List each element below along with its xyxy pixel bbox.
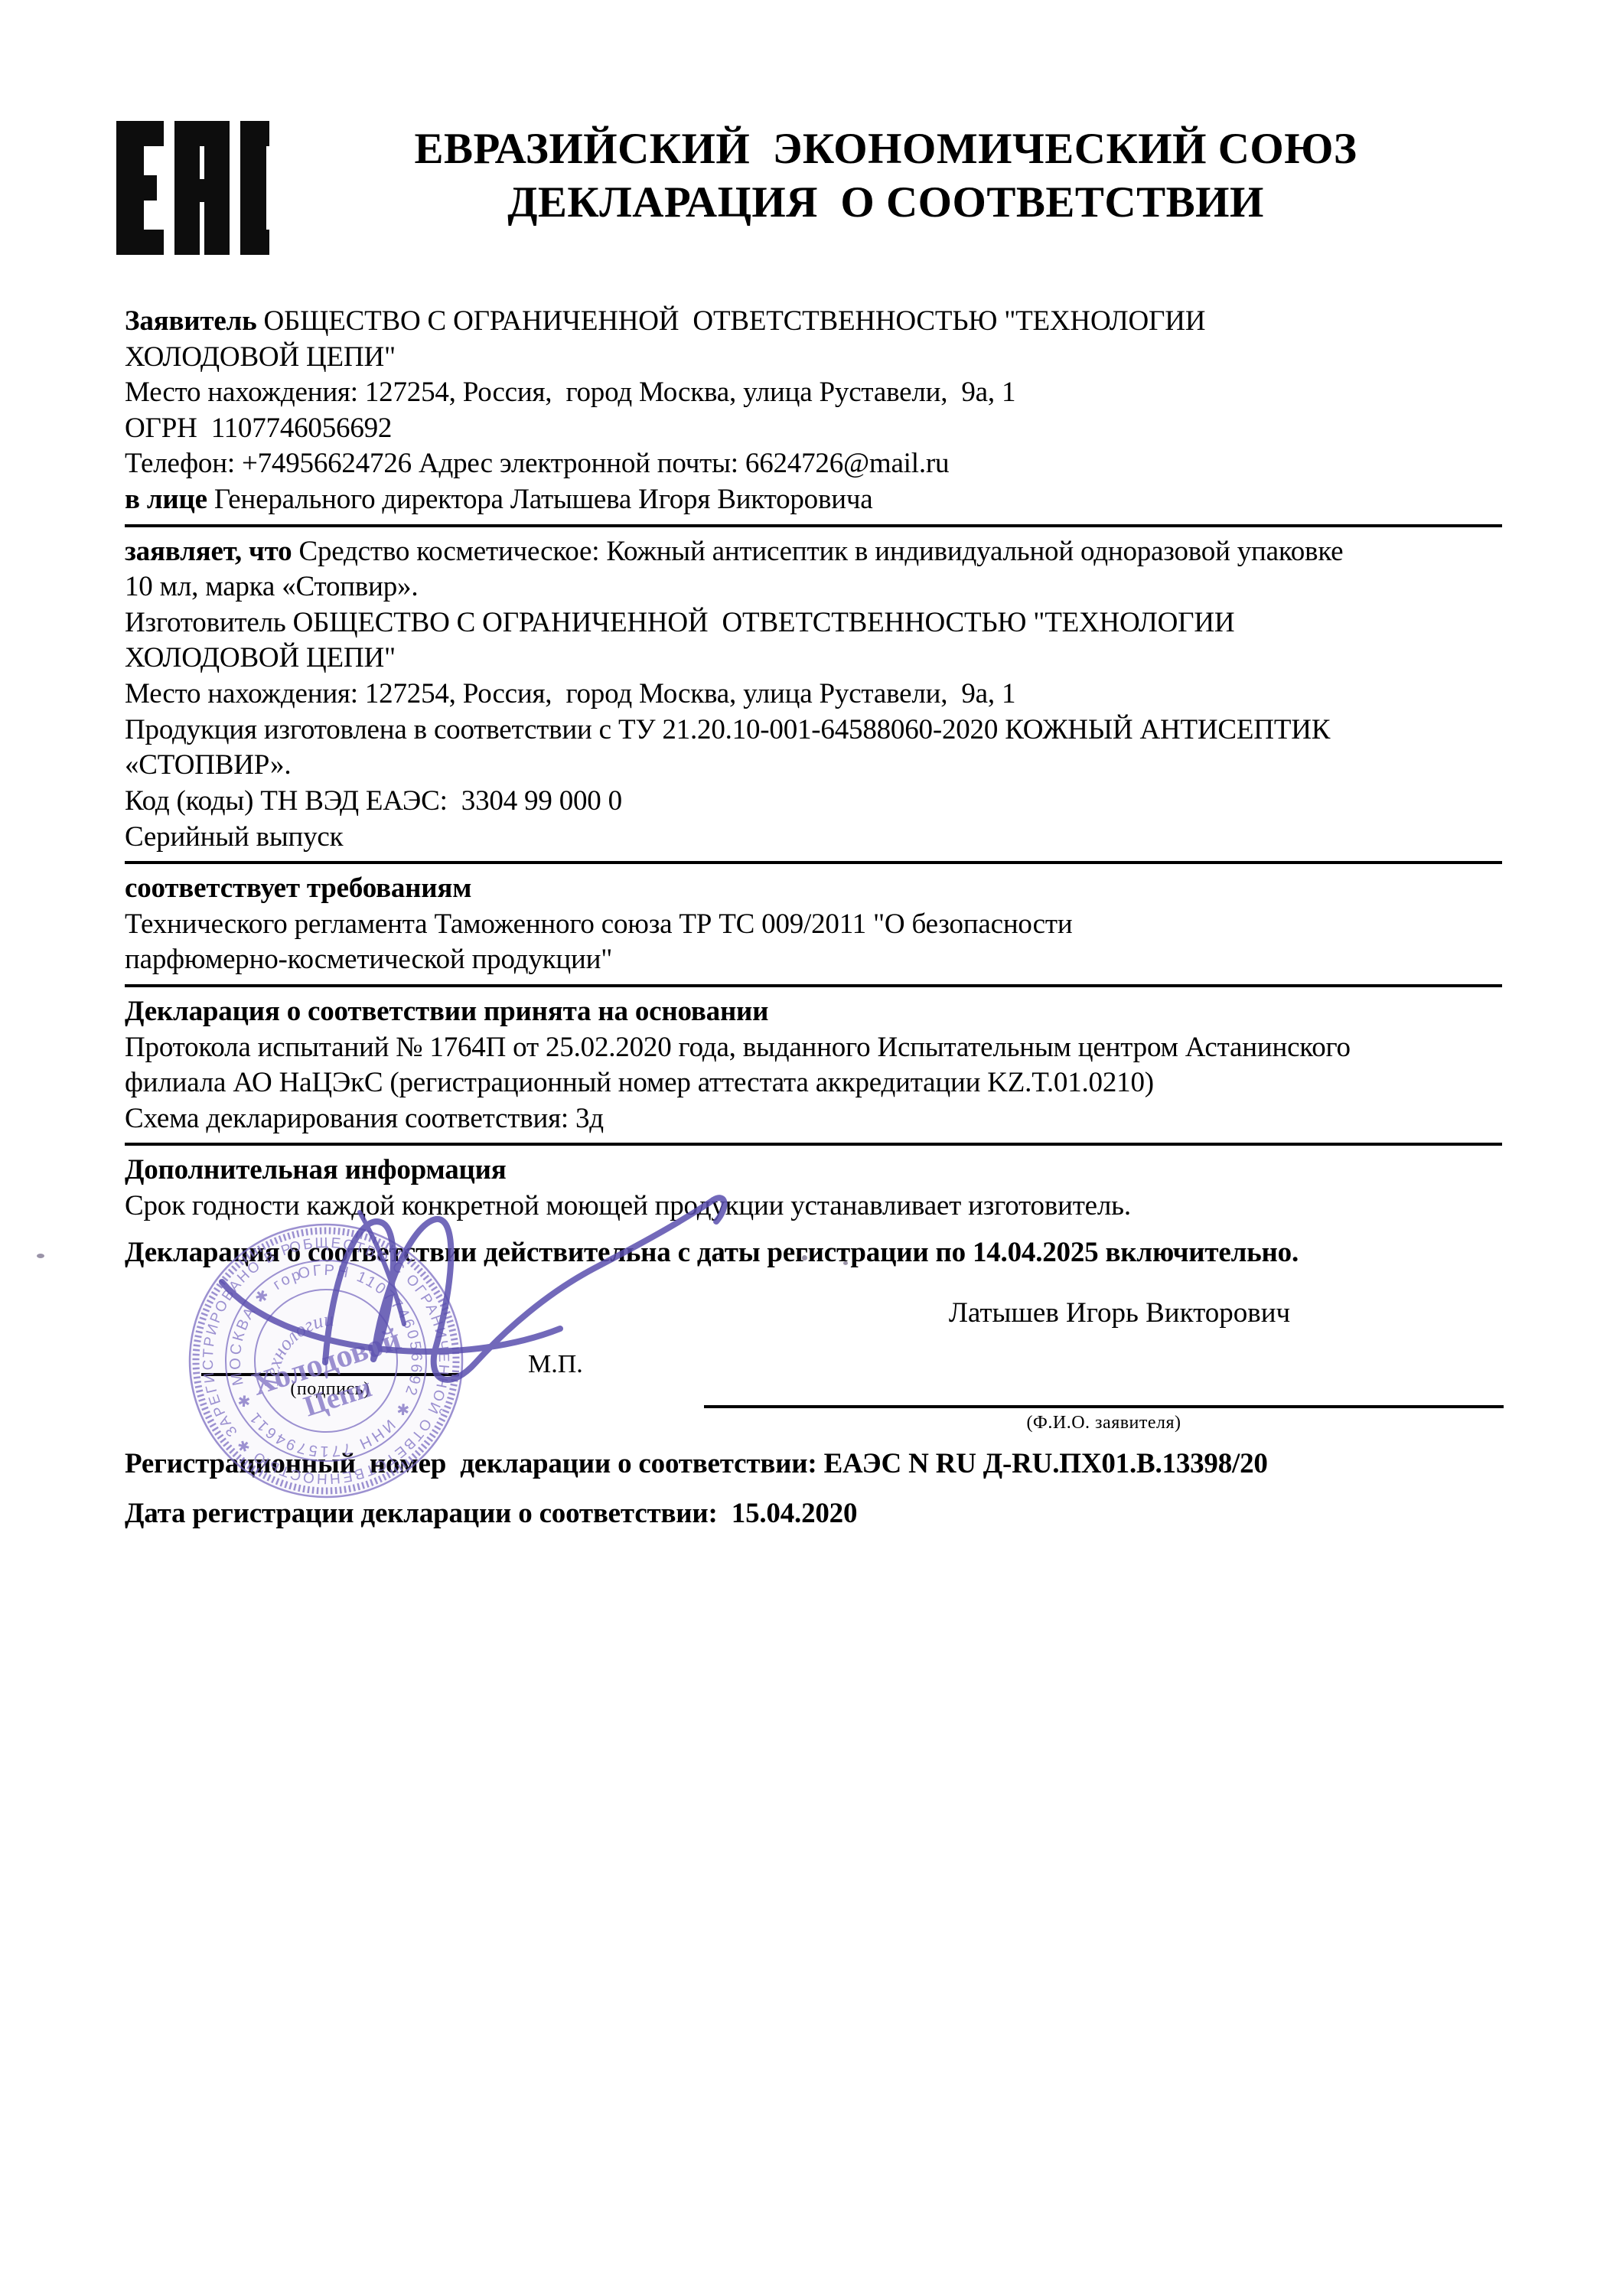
stamp-place-label: М.П. bbox=[528, 1350, 583, 1379]
section-compliance: соответствует требованиям Технического р… bbox=[125, 871, 1502, 978]
section-basis: Декларация о соответствии принята на осн… bbox=[125, 994, 1502, 1137]
document-title: ЕВРАЗИЙСКИЙ ЭКОНОМИЧЕСКИЙ СОЮЗ ДЕКЛАРАЦИ… bbox=[269, 122, 1502, 230]
basis-line1: Протокола испытаний № 1764П от 25.02.202… bbox=[125, 1030, 1502, 1066]
applicant-address: Место нахождения: 127254, Россия, город … bbox=[125, 375, 1502, 411]
title-union: ЕВРАЗИЙСКИЙ ЭКОНОМИЧЕСКИЙ СОЮЗ bbox=[269, 122, 1502, 176]
section-divider bbox=[125, 861, 1502, 864]
signature-block: Латышев Игорь Викторович (подпись) М.П. … bbox=[125, 1283, 1502, 1442]
basis-scheme: Схема декларирования соответствия: 3д bbox=[125, 1101, 1502, 1137]
registration-number-line: Регистрационный номер декларации о соотв… bbox=[125, 1446, 1502, 1482]
registration-number-value: ЕАЭС N RU Д-RU.ПХ01.В.13398/20 bbox=[824, 1448, 1268, 1479]
signature-caption: (подпись) bbox=[201, 1379, 459, 1400]
scan-speck bbox=[37, 1254, 44, 1258]
scan-speck bbox=[843, 1261, 848, 1265]
scan-speck bbox=[802, 1255, 807, 1261]
title-declaration: ДЕКЛАРАЦИЯ О СООТВЕТСТВИИ bbox=[269, 176, 1502, 230]
manufacturer-address: Место нахождения: 127254, Россия, город … bbox=[125, 677, 1502, 713]
section-applicant: Заявитель ОБЩЕСТВО С ОГРАНИЧЕННОЙ ОТВЕТС… bbox=[125, 304, 1502, 518]
compliance-line2: парфюмерно-косметической продукции" bbox=[125, 942, 1502, 978]
validity-statement: Декларация о соответствии действительна … bbox=[125, 1235, 1502, 1271]
registration-date-value: 15.04.2020 bbox=[732, 1498, 858, 1529]
signature-line bbox=[201, 1373, 459, 1376]
section-divider bbox=[125, 524, 1502, 527]
product-line1: заявляет, что Средство косметическое: Ко… bbox=[125, 534, 1502, 570]
in-person-label: в лице bbox=[125, 484, 207, 515]
document-header: ЕВРАЗИЙСКИЙ ЭКОНОМИЧЕСКИЙ СОЮЗ ДЕКЛАРАЦИ… bbox=[0, 0, 1623, 255]
applicant-name-line1: Заявитель ОБЩЕСТВО С ОГРАНИЧЕННОЙ ОТВЕТС… bbox=[125, 304, 1502, 340]
fio-caption: (Ф.И.О. заявителя) bbox=[704, 1413, 1504, 1433]
applicant-fio: Латышев Игорь Викторович bbox=[882, 1296, 1357, 1329]
compliance-label: соответствует требованиям bbox=[125, 871, 1502, 907]
tu-line2: «СТОПВИР». bbox=[125, 748, 1502, 784]
applicant-in-person: в лице Генерального директора Латышева И… bbox=[125, 482, 1502, 518]
section-declares: заявляет, что Средство косметическое: Ко… bbox=[125, 534, 1502, 855]
section-divider bbox=[125, 1143, 1502, 1146]
basis-line2: филиала АО НаЦЭкС (регистрационный номер… bbox=[125, 1065, 1502, 1101]
manufacturer-line1: Изготовитель ОБЩЕСТВО С ОГРАНИЧЕННОЙ ОТВ… bbox=[125, 605, 1502, 641]
compliance-line1: Технического регламента Таможенного союз… bbox=[125, 907, 1502, 943]
applicant-ogrn: ОГРН 1107746056692 bbox=[125, 411, 1502, 447]
applicant-phone-email: Телефон: +74956624726 Адрес электронной … bbox=[125, 446, 1502, 482]
additional-line1: Срок годности каждой конкретной моющей п… bbox=[125, 1189, 1502, 1225]
declares-label: заявляет, что bbox=[125, 536, 292, 567]
declaration-document: ЕВРАЗИЙСКИЙ ЭКОНОМИЧЕСКИЙ СОЮЗ ДЕКЛАРАЦИ… bbox=[0, 0, 1623, 2296]
registration-date-line: Дата регистрации декларации о соответств… bbox=[125, 1496, 1502, 1532]
applicant-name-line2: ХОЛОДОВОЙ ЦЕПИ" bbox=[125, 340, 1502, 376]
eac-mark-icon bbox=[116, 121, 269, 255]
fio-line bbox=[704, 1405, 1504, 1408]
section-divider bbox=[125, 984, 1502, 987]
product-line2: 10 мл, марка «Стопвир». bbox=[125, 569, 1502, 605]
applicant-label: Заявитель bbox=[125, 305, 256, 337]
manufacturer-line2: ХОЛОДОВОЙ ЦЕПИ" bbox=[125, 641, 1502, 677]
document-body: Заявитель ОБЩЕСТВО С ОГРАНИЧЕННОЙ ОТВЕТС… bbox=[125, 304, 1502, 1531]
additional-label: Дополнительная информация bbox=[125, 1153, 1502, 1189]
section-additional: Дополнительная информация Срок годности … bbox=[125, 1153, 1502, 1224]
release-type: Серийный выпуск bbox=[125, 820, 1502, 856]
tu-line1: Продукция изготовлена в соответствии с Т… bbox=[125, 713, 1502, 748]
tnved-code: Код (коды) ТН ВЭД ЕАЭС: 3304 99 000 0 bbox=[125, 784, 1502, 820]
basis-label: Декларация о соответствии принята на осн… bbox=[125, 994, 1502, 1030]
